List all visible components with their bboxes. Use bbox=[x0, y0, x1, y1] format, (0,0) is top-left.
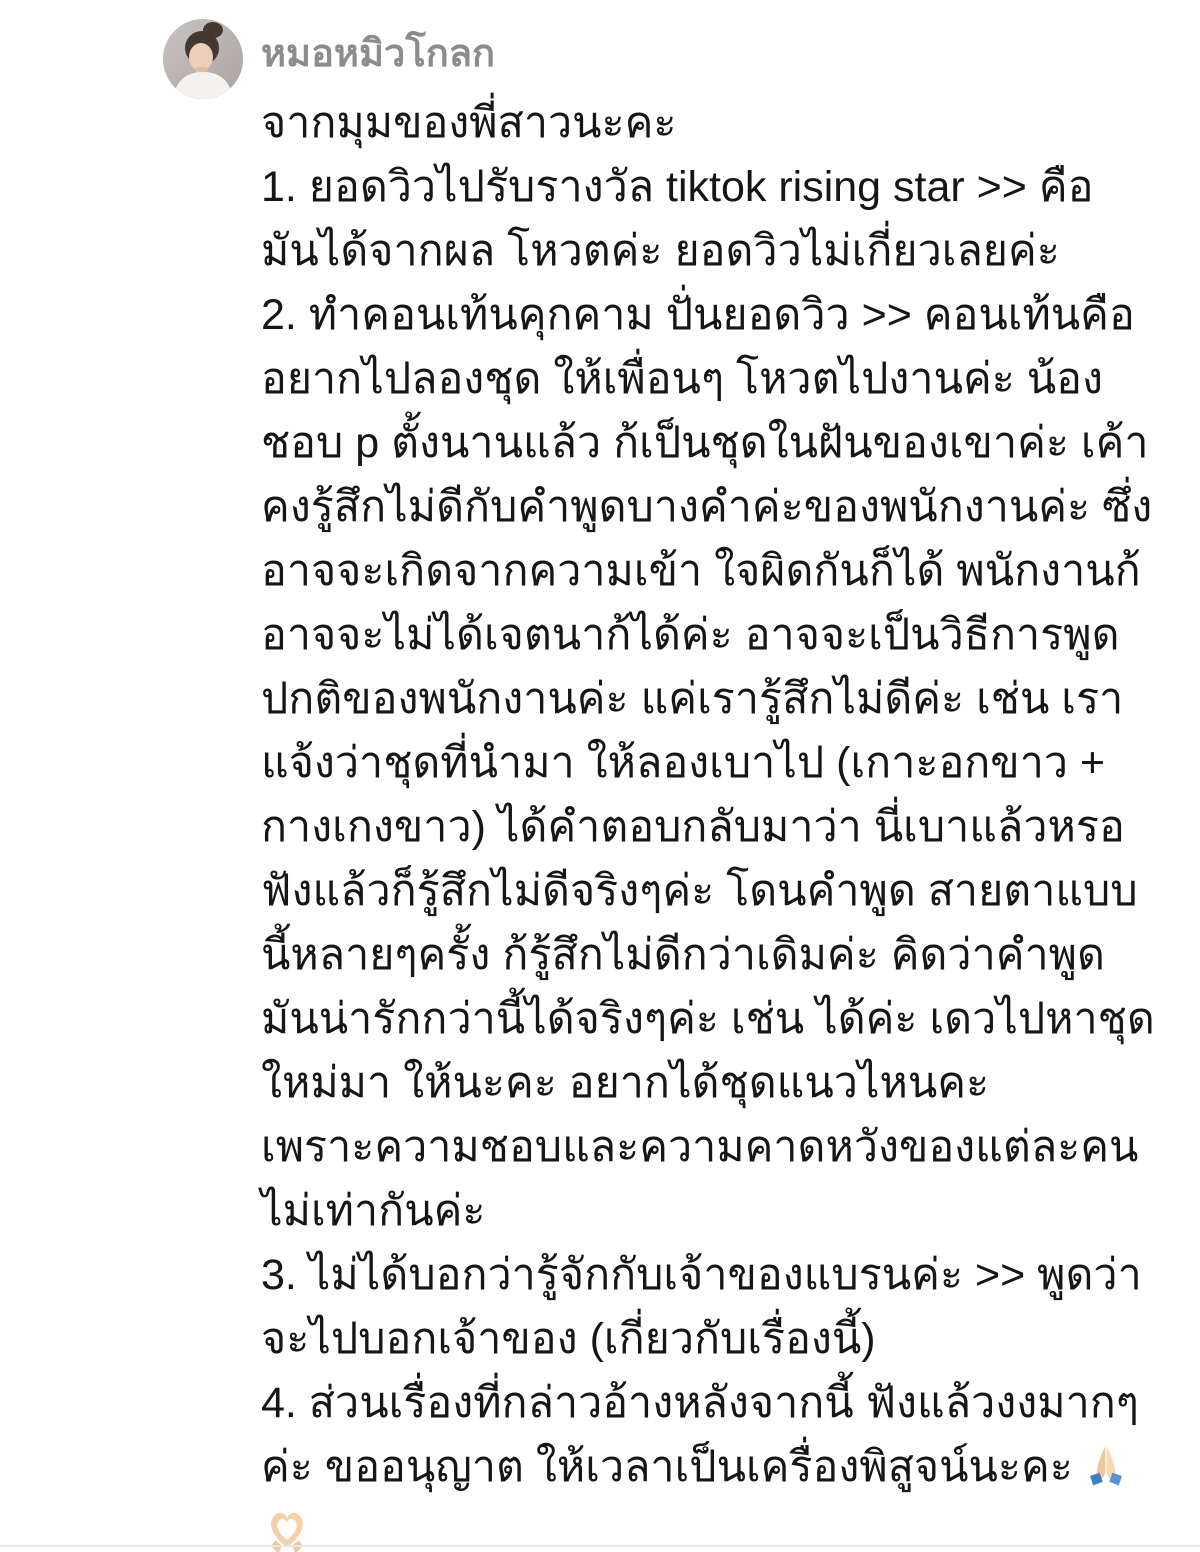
comment-closing-text: ค่ะ ขออนุญาต ให้เวลาเป็นเครื่องพิสูจน์นะ… bbox=[261, 1435, 1073, 1499]
folded-hands-emoji-icon bbox=[1083, 1444, 1129, 1490]
comment-content: หมอหมิวโกลก จากมุมของพี่สาวนะคะ 1. ยอดวิ… bbox=[261, 16, 1166, 1552]
comment-post: หมอหมิวโกลก จากมุมของพี่สาวนะคะ 1. ยอดวิ… bbox=[0, 0, 1200, 1552]
avatar-image bbox=[163, 19, 243, 99]
comment-closing-line: ค่ะ ขออนุญาต ให้เวลาเป็นเครื่องพิสูจน์นะ… bbox=[261, 1435, 1166, 1499]
username[interactable]: หมอหมิวโกลก bbox=[261, 30, 1166, 78]
avatar[interactable] bbox=[163, 19, 243, 99]
comment-text: จากมุมของพี่สาวนะคะ 1. ยอดวิวไปรับรางวัล… bbox=[261, 91, 1166, 1435]
bottom-divider bbox=[0, 1545, 1200, 1547]
